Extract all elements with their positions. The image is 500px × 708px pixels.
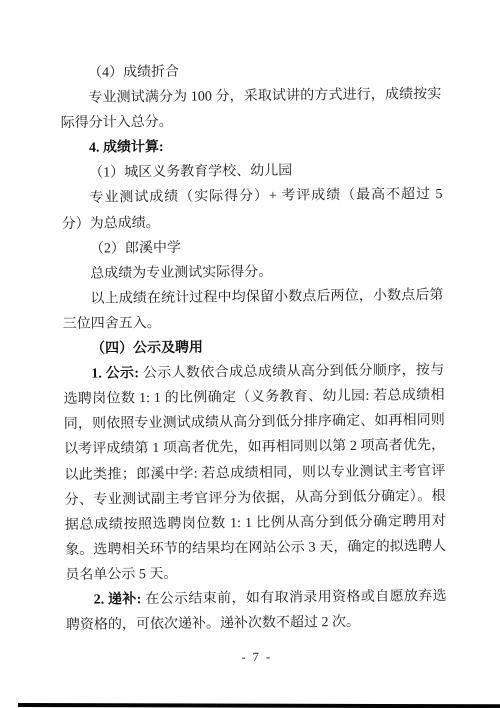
paragraph-publicity-lead: 1. 公示: [91, 366, 139, 381]
paragraph-publicity-body: 公示人数依合成总成绩从高分到低分顺序，按与选聘岗位数 1: 1 的比例确定（义务… [63, 363, 446, 583]
document-body: （4）成绩折合 专业测试满分为 100 分，采取试讲的方式进行，成绩按实际得分计… [60, 57, 447, 672]
paragraph-urban-schools-formula: 专业测试成绩（实际得分）+ 考评成绩（最高不超过 5 分）为总成绩。 [61, 182, 443, 236]
paragraph-publicity: 1. 公示: 公示人数依合成总成绩从高分到低分顺序，按与选聘岗位数 1: 1 的… [63, 358, 446, 588]
paragraph-supplement: 2. 递补: 在公示结束前，如有取消录用资格或自愿放弃选聘资格的，可依次递补。递… [66, 584, 448, 638]
paragraph-rounding-rule: 以上成绩在统计过程中均保留小数点后两位，小数点后第三位四舍五入。 [62, 283, 444, 337]
page-number: - 7 - [66, 643, 447, 672]
paragraph-supplement-lead: 2. 递补: [94, 592, 142, 607]
paragraph-score-conversion-body: 专业测试满分为 100 分，采取试讲的方式进行，成绩按实际得分计入总分。 [60, 82, 442, 136]
scan-edge-bar [18, 703, 500, 708]
document-page: （4）成绩折合 专业测试满分为 100 分，采取试讲的方式进行，成绩按实际得分计… [0, 0, 500, 708]
